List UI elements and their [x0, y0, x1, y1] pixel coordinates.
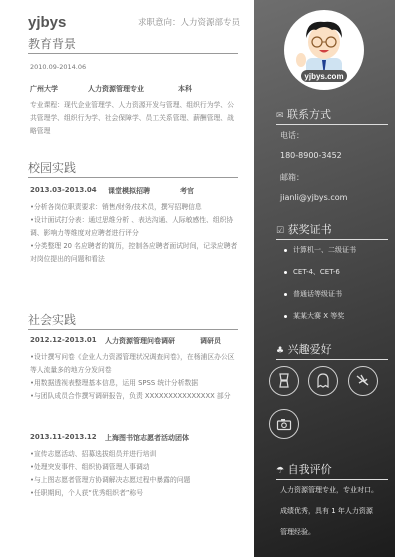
education-period: 2010.09-2014.06: [30, 63, 86, 71]
campus-row: 2013.03-2013.04 课堂模拟招聘 考官: [30, 186, 194, 196]
bullet: •分析各岗位职责要求：销售/财务/技术员，撰写招聘信息: [30, 201, 240, 214]
svg-text:yjbys.com: yjbys.com: [304, 72, 343, 81]
main-column: yjbys 求职意向：人力资源部专员 教育背景 2010.09-2014.06 …: [0, 0, 254, 559]
hobbies-title: ♣ 兴趣爱好: [276, 343, 388, 360]
camera-icon: [269, 409, 299, 439]
envelope-icon: ✉: [276, 111, 284, 121]
self-eval-text: 人力资源管理专业，专业对口。 成绩优秀，具有 1 年人力资源 管理经验。: [280, 480, 392, 543]
bullet: •用数据透视表整理基本信息，运用 SPSS 统计分析数据: [30, 377, 240, 390]
school: 广州大学: [30, 84, 88, 94]
social-bullets-2: •宣传志愿活动、招募选拔组员并进行培训 •处理突发事件、组织协调管理人事调动 •…: [30, 448, 240, 500]
social-project: 人力资源管理问卷调研: [105, 336, 200, 346]
bullet-dot-icon: [284, 249, 287, 252]
bullet: •宣传志愿活动、招募选拔组员并进行培训: [30, 448, 240, 461]
self-eval-line: 成绩优秀，具有 1 年人力资源: [280, 501, 392, 522]
contact-title: ✉ 联系方式: [276, 108, 388, 125]
cup-icon: [269, 366, 299, 396]
social-period: 2013.11-2013.12: [30, 433, 105, 443]
certificate-item: 普通话等级证书: [284, 289, 342, 299]
bullet: •设计面试打分表：通过思维分析 、表达沟通、人际敏感性、组织协调、影响力等维度对…: [30, 214, 240, 240]
certificate-item: CET-4、CET-6: [284, 267, 340, 277]
hobbies-title-label: 兴趣爱好: [288, 343, 332, 356]
self-eval-line: 人力资源管理专业，专业对口。: [280, 480, 392, 501]
campus-period: 2013.03-2013.04: [30, 186, 108, 196]
social-period: 2012.12-2013.01: [30, 336, 105, 346]
contact-title-label: 联系方式: [287, 108, 331, 121]
airplane-icon: [348, 366, 378, 396]
social-title: 社会实践: [28, 313, 238, 330]
bullet: •处理突发事件、组织协调管理人事调动: [30, 461, 240, 474]
self-eval-title: ☂ 自我评价: [276, 463, 388, 480]
campus-bullets: •分析各岗位职责要求：销售/财务/技术员，撰写招聘信息 •设计面试打分表：通过思…: [30, 201, 240, 266]
campus-title: 校园实践: [28, 161, 238, 178]
major: 人力资源管理专业: [88, 84, 178, 94]
certificates-title: ☑ 获奖证书: [276, 223, 388, 240]
education-title: 教育背景: [28, 37, 238, 54]
certificate-item: 某某大赛 X 等奖: [284, 311, 344, 321]
cartoon-avatar-icon: yjbys.com: [284, 10, 364, 90]
bullet: •与上图志愿者管理方协调解决志愿过程中暴露的问题: [30, 474, 240, 487]
umbrella-icon: ☂: [276, 466, 284, 476]
social-row-1: 2012.12-2013.01 人力资源管理问卷调研 调研员: [30, 336, 221, 346]
candidate-name: yjbys: [28, 14, 66, 31]
campus-project: 课堂模拟招聘: [108, 186, 180, 196]
certificate-item: 计算机一、二级证书: [284, 245, 356, 255]
education-row: 广州大学 人力资源管理专业 本科: [30, 84, 192, 94]
self-eval-line: 管理经验。: [280, 522, 392, 543]
phone-label: 电话：: [280, 130, 304, 141]
social-role: 调研员: [200, 336, 221, 346]
bullet: •与团队成员合作撰写调研报告，负责 XXXXXXXXXXXXXXX 部分: [30, 390, 240, 403]
ghost-icon: [308, 366, 338, 396]
social-row-2: 2013.11-2013.12 上海图书馆志愿者活动团体: [30, 433, 189, 443]
avatar: yjbys.com: [284, 10, 364, 90]
phone-number: 180-8900-3452: [280, 151, 342, 160]
email-address: jianli@yjbys.com: [280, 193, 347, 202]
bullet-dot-icon: [284, 293, 287, 296]
bullet: •任职期间，个人获“优秀组织者”称号: [30, 487, 240, 500]
campus-role: 考官: [180, 186, 194, 196]
bullet: •设计撰写问卷《企业人力资源管理状况调查问卷》，在杨浦区办公区等人流量多的地方分…: [30, 351, 240, 377]
sidebar: yjbys.com ✉ 联系方式 电话： 180-8900-3452 邮箱： j…: [254, 0, 395, 557]
self-eval-title-label: 自我评价: [288, 463, 332, 476]
club-icon: ♣: [276, 346, 284, 356]
social-bullets-1: •设计撰写问卷《企业人力资源管理状况调查问卷》，在杨浦区办公区等人流量多的地方分…: [30, 351, 240, 403]
bullet-dot-icon: [284, 271, 287, 274]
courses: 专业课程：现代企业管理学、人力资源开发与管理、组织行为学、公共管理学、组织行为学…: [30, 99, 240, 138]
bullet-dot-icon: [284, 315, 287, 318]
certificates-title-label: 获奖证书: [288, 223, 332, 236]
job-objective: 求职意向：人力资源部专员: [138, 16, 240, 28]
social-project: 上海图书馆志愿者活动团体: [105, 433, 189, 443]
degree: 本科: [178, 84, 192, 94]
bullet: •分类整理 20 名应聘者的简历，控制各应聘者面试时间，记录应聘者对岗位提出的问…: [30, 240, 240, 266]
email-label: 邮箱：: [280, 172, 304, 183]
checkbox-icon: ☑: [276, 226, 284, 236]
